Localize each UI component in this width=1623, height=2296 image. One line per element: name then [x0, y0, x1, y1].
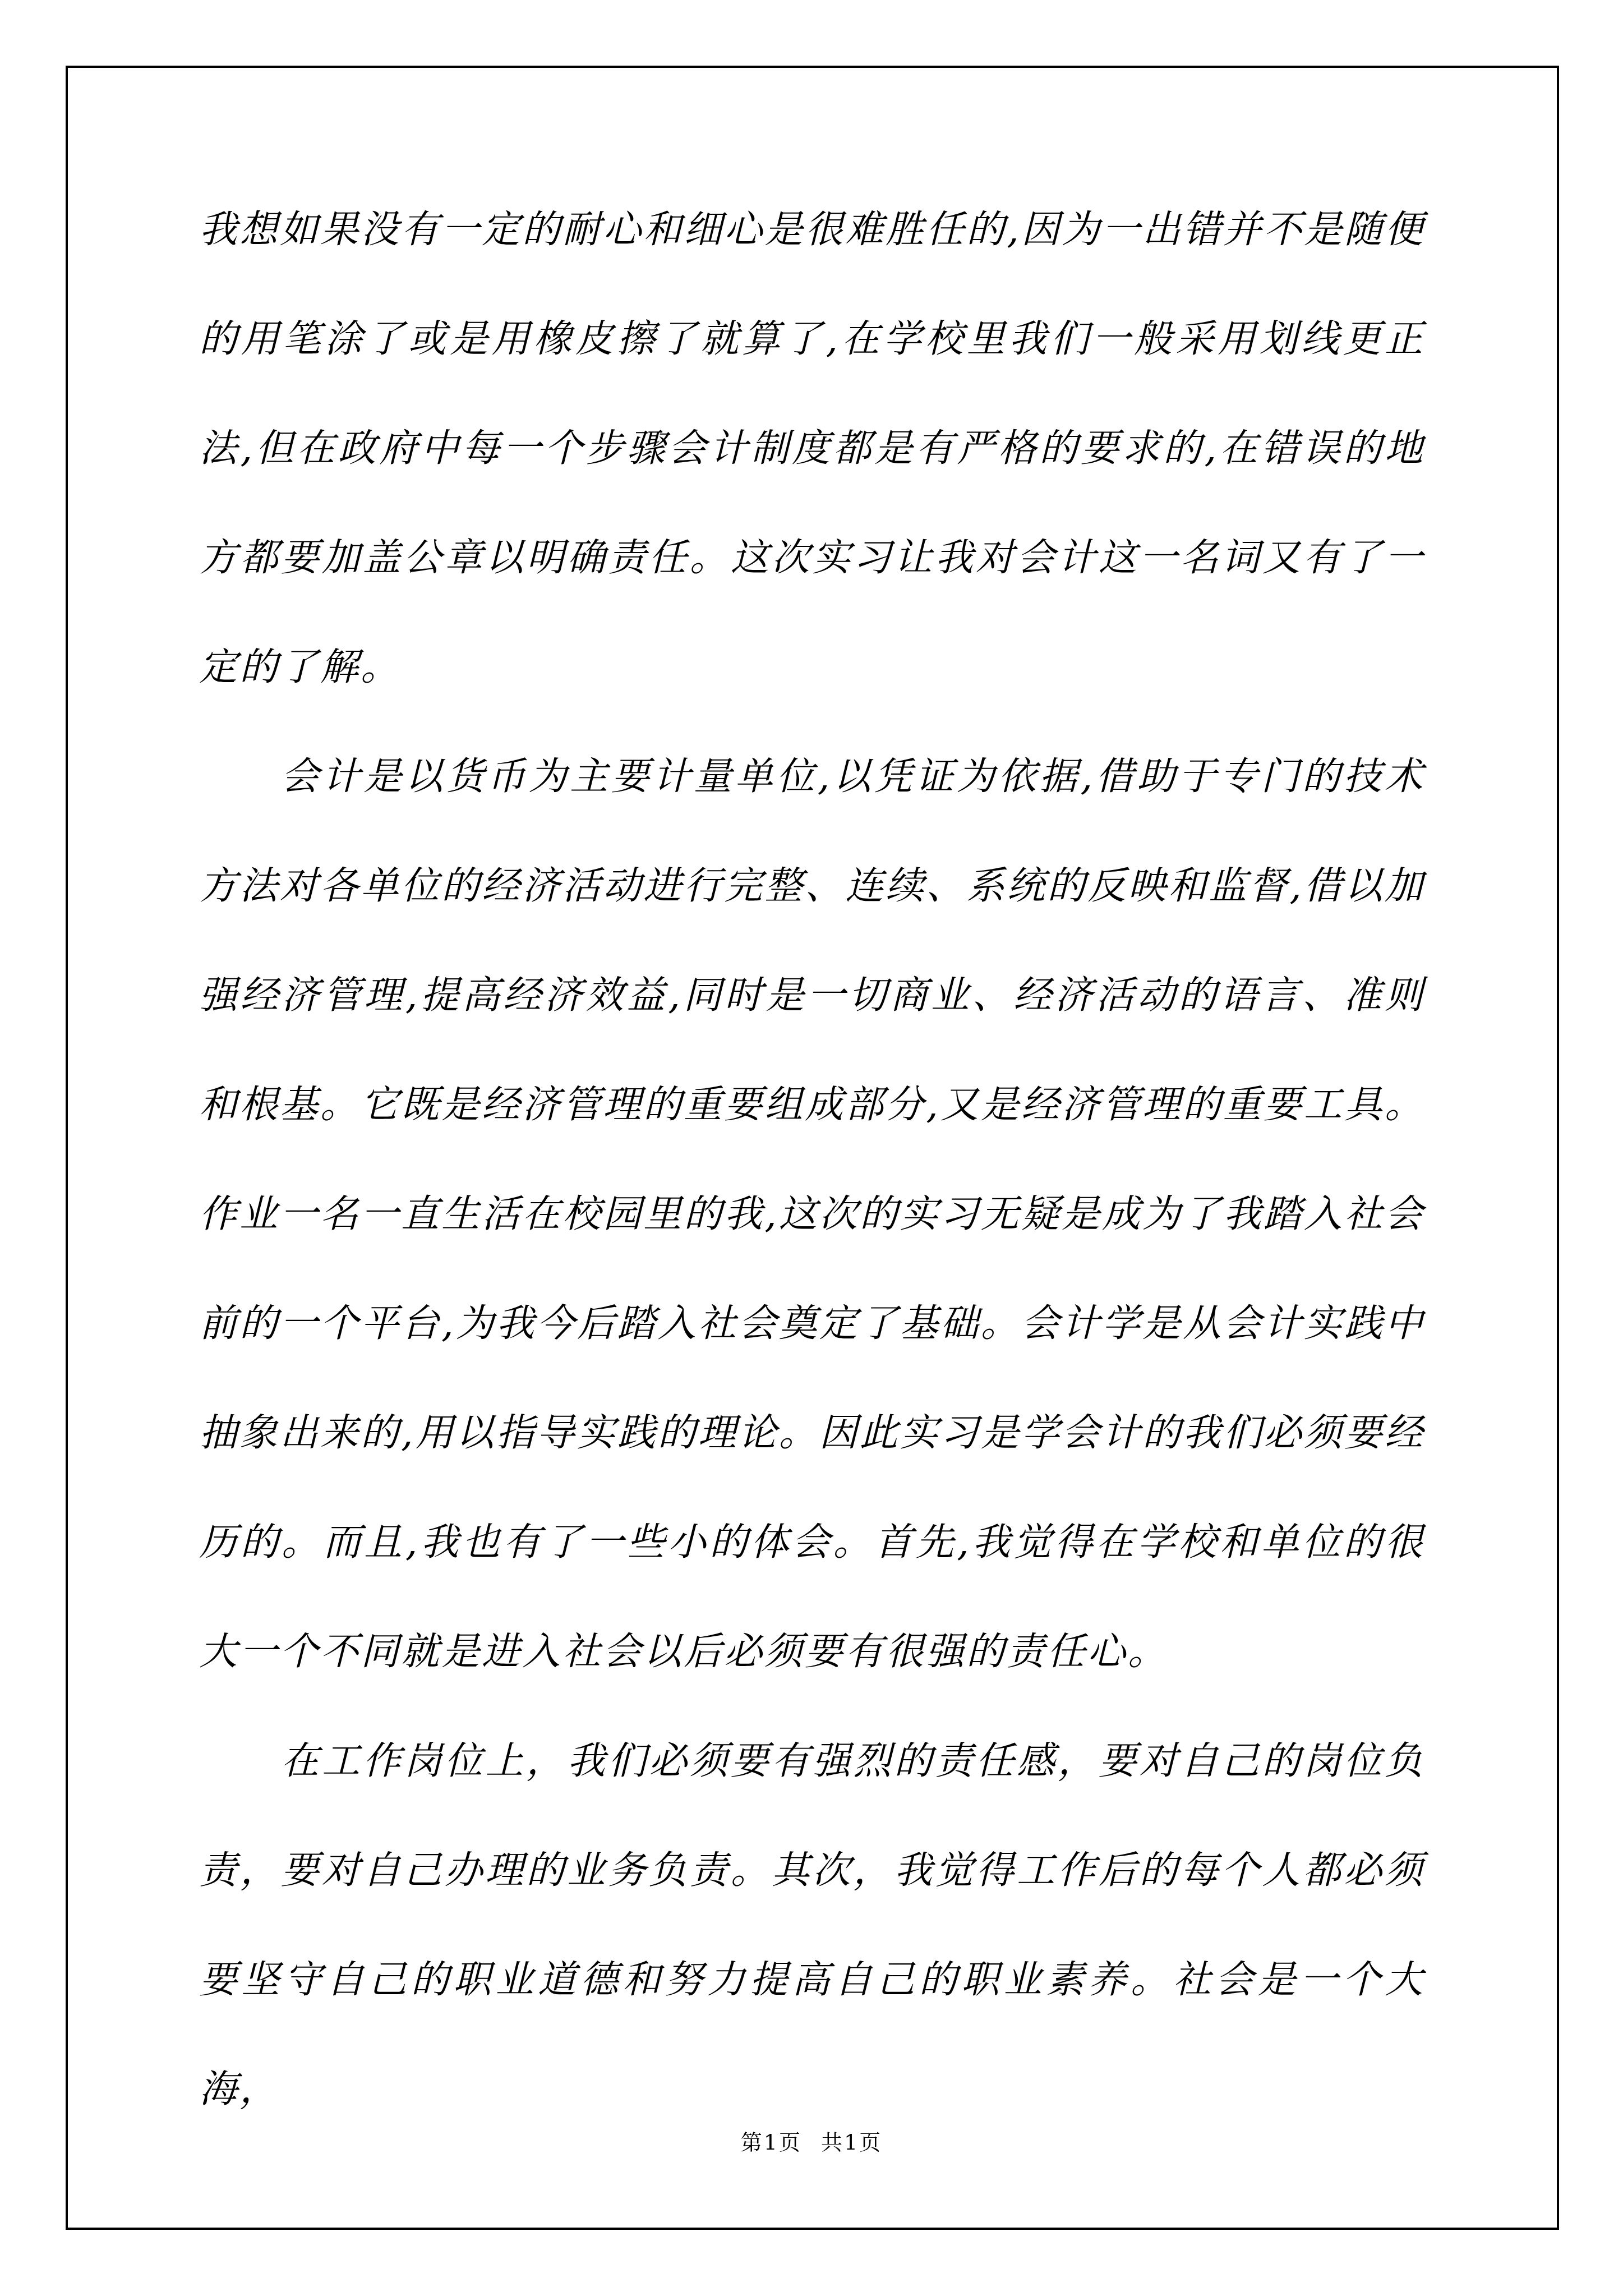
page-number-total: 共1页 [821, 2130, 882, 2155]
document-page: 我想如果没有一定的耐心和细心是很难胜任的,因为一出错并不是随便的用笔涂了或是用橡… [0, 0, 1623, 2296]
document-body: 我想如果没有一定的耐心和细心是很难胜任的,因为一出错并不是随便的用笔涂了或是用橡… [199, 175, 1425, 2144]
page-number-current: 第1页 [741, 2130, 802, 2155]
paragraph: 在工作岗位上，我们必须要有强烈的责任感，要对自己的岗位负责，要对自己办理的业务负… [199, 1706, 1425, 2144]
paragraph: 会计是以货币为主要计量单位,以凭证为依据,借助于专门的技术方法对各单位的经济活动… [199, 722, 1425, 1706]
page-footer: 第1页共1页 [0, 2125, 1623, 2156]
paragraph: 我想如果没有一定的耐心和细心是很难胜任的,因为一出错并不是随便的用笔涂了或是用橡… [199, 175, 1425, 722]
